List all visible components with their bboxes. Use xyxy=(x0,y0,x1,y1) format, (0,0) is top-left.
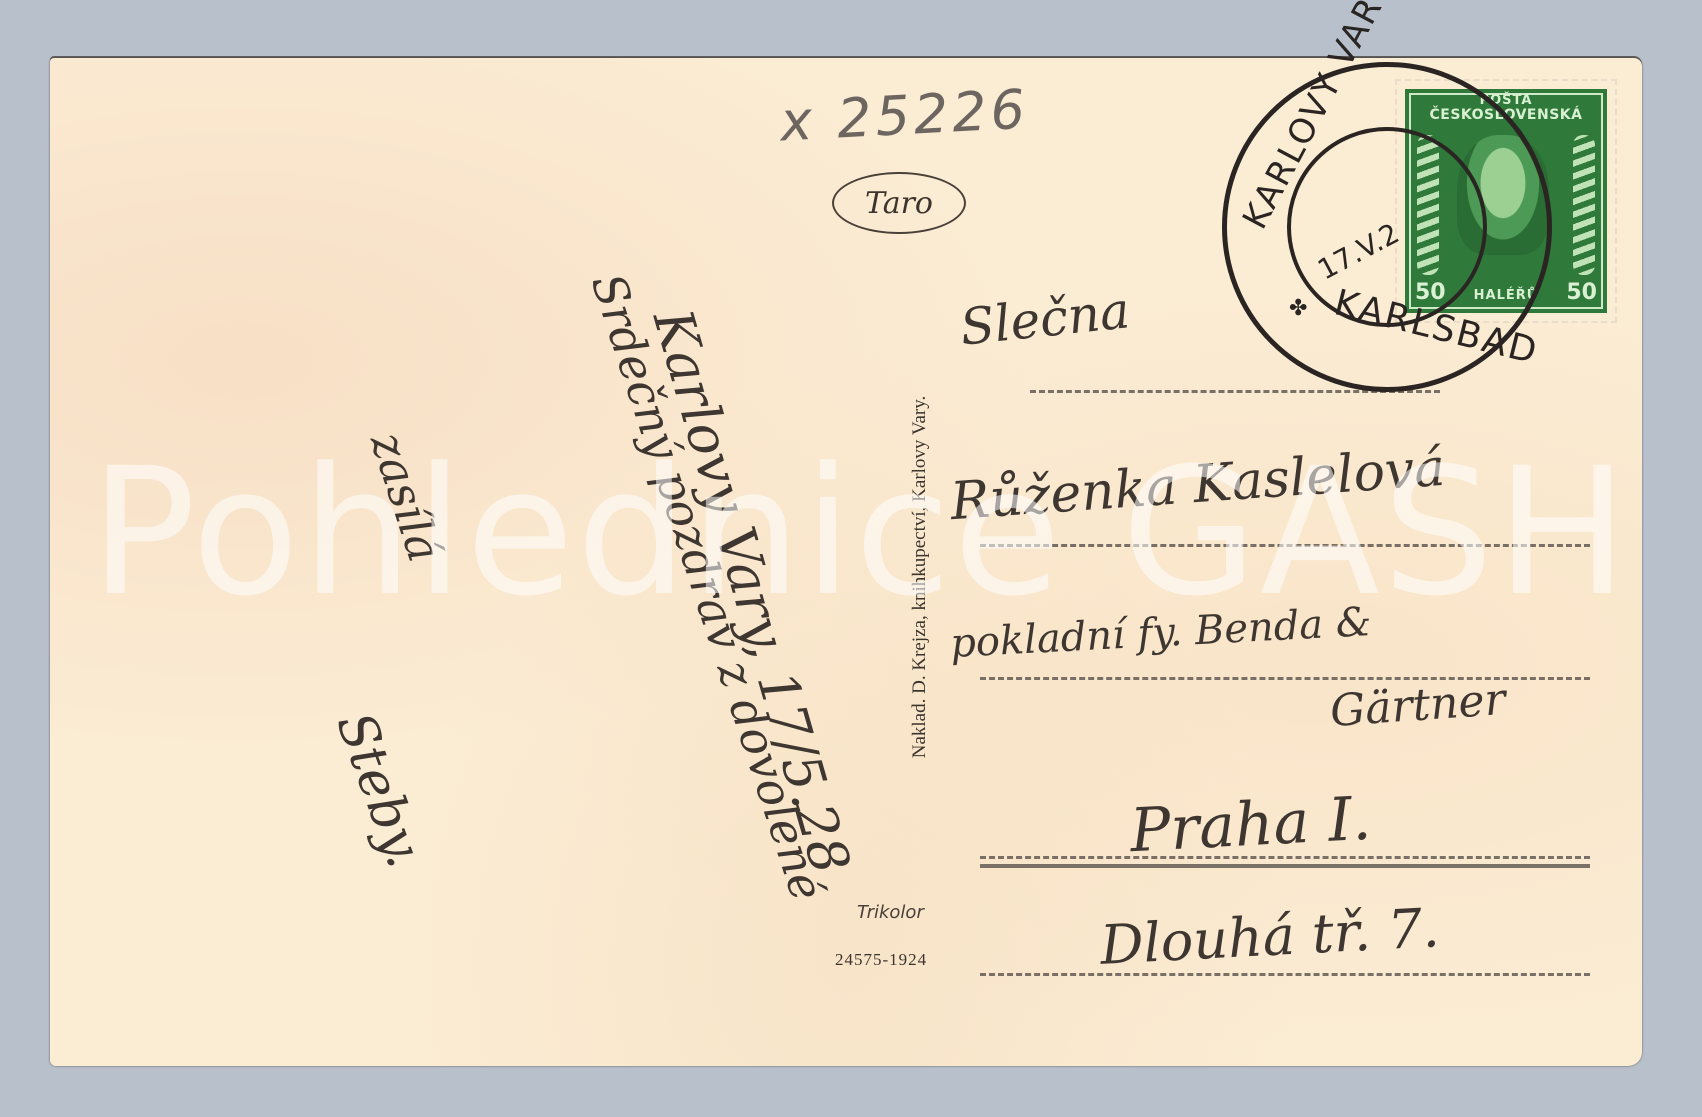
inventory-number: x 25226 xyxy=(779,78,1031,154)
address-line-5 xyxy=(980,973,1590,976)
print-code: 24575-1924 xyxy=(835,950,927,970)
publisher-logo-text: Taro xyxy=(865,186,933,221)
address-line-2 xyxy=(980,544,1590,547)
laurel-right-icon xyxy=(1573,135,1595,275)
publisher-imprint: Naklad. D. Krejza, knihkupectví, Karlovy… xyxy=(909,277,931,877)
postmark: KARLOVY VARY 17.V.2 ✤ KARLSBAD xyxy=(1222,62,1552,392)
publisher-logo: Taro xyxy=(832,172,966,234)
stamp-value-right: 50 xyxy=(1566,280,1597,305)
address-line-4-underline xyxy=(980,864,1590,868)
postmark-ornament-icon: ✤ xyxy=(1289,295,1307,321)
printing-process-label: Trikolor xyxy=(857,902,924,923)
address-city: Praha I. xyxy=(1128,784,1372,867)
